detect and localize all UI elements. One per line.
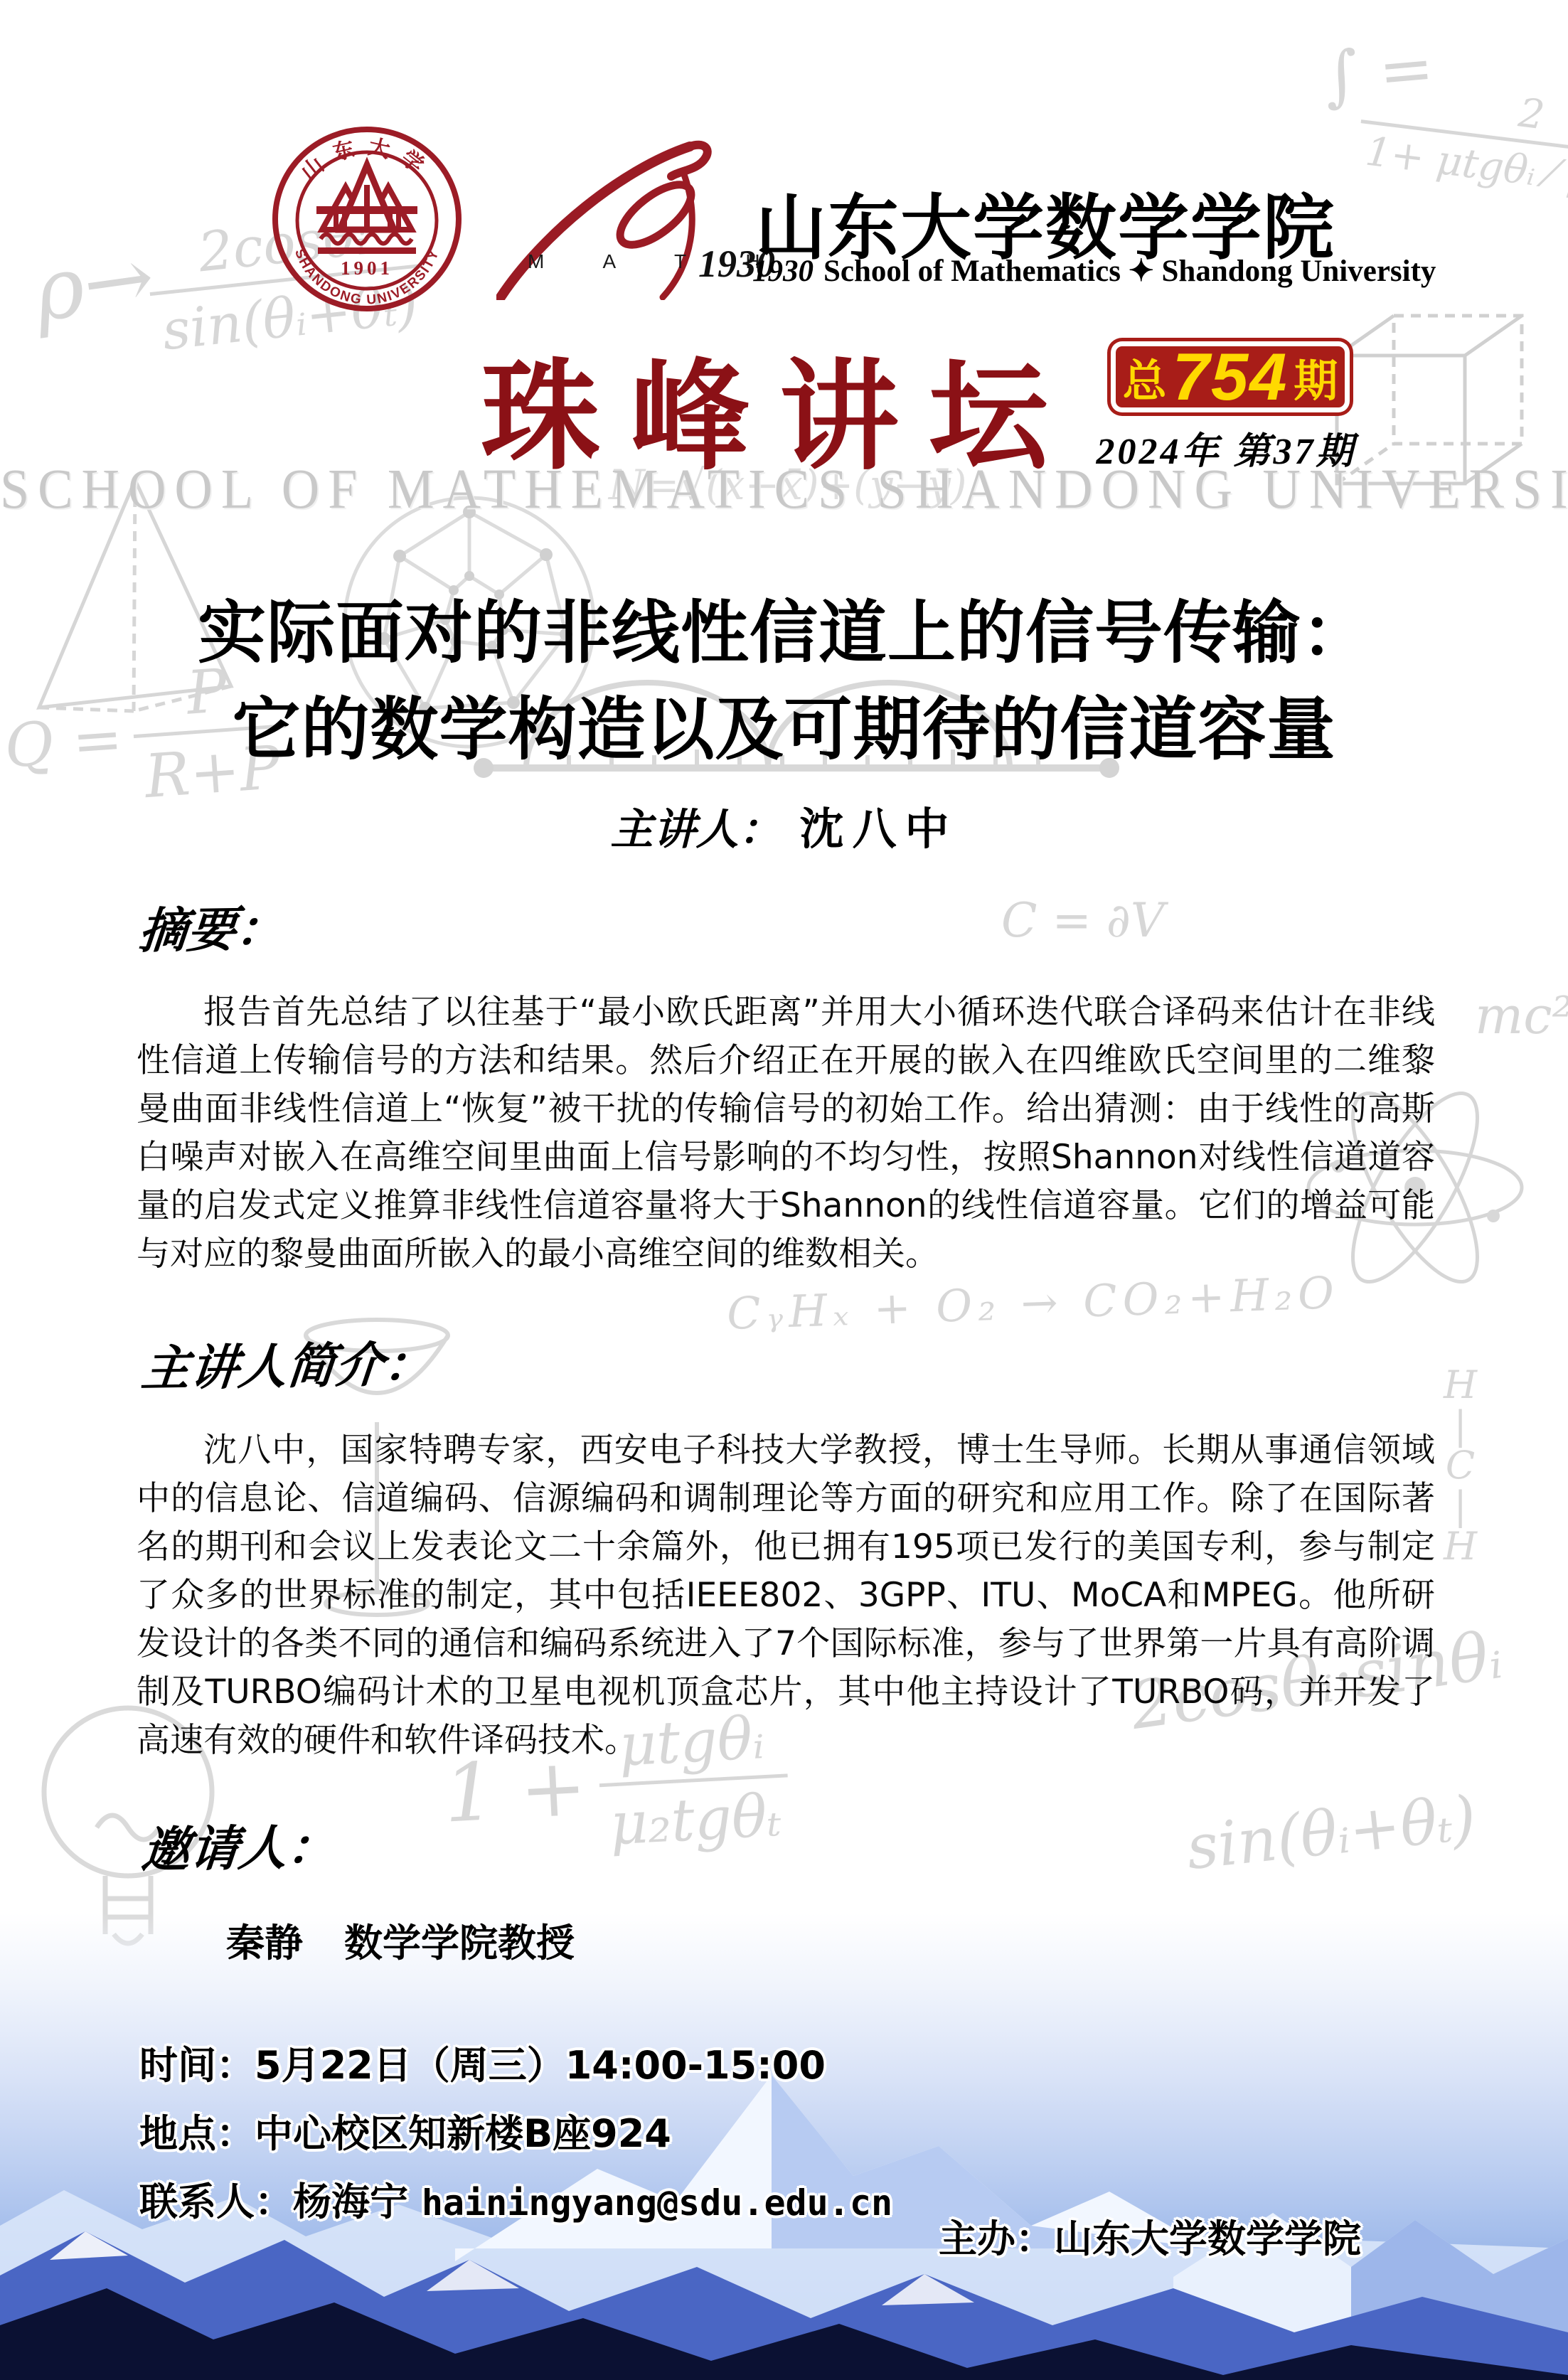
shandong-university-seal-logo: 山东大学 SHANDONG UNIVERSITY 1901	[272, 127, 462, 312]
inviter-title: 数学学院教授	[344, 1913, 575, 1968]
lecture-poster: ρ→ 2cosθᵢ sin(θᵢ+θₜ) ∫ = 2 1+ μtgθᵢ ⁄ μ₂…	[0, 0, 1568, 2380]
abstract-heading: 摘要：	[137, 890, 288, 962]
bio-heading: 主讲人简介：	[139, 1325, 435, 1399]
inviter-heading: 邀请人：	[139, 1809, 339, 1882]
contact-email: hainingyang@sdu.edu.cn	[422, 2182, 892, 2224]
doodle-sin-sum-formula: sin(θᵢ+θₜ)	[1183, 1783, 1479, 1884]
bio-body: 沈八中，国家特聘专家，西安电子科技大学教授，博士生导师。长期从事通信领域中的信息…	[137, 1426, 1435, 1765]
inviter-line: 秦静 数学学院教授	[226, 1913, 575, 1968]
organizer-line: 主办：山东大学数学学院	[939, 2209, 1361, 2263]
school-en-text: School of Mathematics ✦ Shandong Univers…	[823, 255, 1436, 288]
speaker-label: 主讲人：	[610, 796, 781, 857]
issue-badge-prefix: 总	[1123, 346, 1167, 409]
issue-badge: 总754期	[1111, 341, 1350, 412]
school-year: 1930	[752, 255, 814, 288]
issue-line: 2024年 第37期	[1095, 421, 1357, 474]
doodle-mu-fraction: 2 1+ μtgθᵢ ⁄ μ₂tgθₜ	[1355, 71, 1568, 215]
speaker-line: 主讲人： 沈八中	[0, 794, 1568, 857]
seal-year-text: 1901	[341, 257, 393, 279]
forum-title: 珠峰讲坛	[481, 321, 1078, 493]
doodle-molecule-structure: H | C | H	[1444, 1365, 1477, 1567]
seal-mountain-emblem	[316, 165, 417, 254]
doodle-rho-formula: ρ→	[28, 227, 160, 341]
issue-badge-number: 754	[1173, 338, 1289, 415]
doodle-partial-formula: C = ∂V	[1001, 893, 1165, 948]
contact-name: 联系人：杨海宁	[139, 2179, 408, 2224]
lecture-title-line1: 实际面对的非线性信道上的信号传输：	[0, 585, 1568, 681]
lecture-title-line2: 它的数学构造以及可期待的信道容量	[0, 681, 1568, 778]
inviter-name: 秦静	[226, 1913, 303, 1968]
abstract-body: 报告首先总结了以往基于“最小欧氏距离”并用大小循环迭代联合译码来估计在非线性信道…	[137, 988, 1435, 1279]
school-name-en: 1930School of Mathematics ✦ Shandong Uni…	[752, 253, 1436, 289]
event-location: 地点：中心校区知新楼B座924	[139, 2103, 671, 2158]
doodle-mc2-formula: mc²	[1475, 986, 1568, 1045]
event-time: 时间：5月22日（周三）14:00-15:00	[139, 2035, 826, 2090]
speaker-name: 沈八中	[799, 794, 957, 857]
issue-badge-suffix: 期	[1294, 346, 1338, 409]
event-contact: 联系人：杨海宁 hainingyang@sdu.edu.cn	[139, 2172, 892, 2226]
lecture-title: 实际面对的非线性信道上的信号传输： 它的数学构造以及可期待的信道容量	[0, 585, 1568, 778]
